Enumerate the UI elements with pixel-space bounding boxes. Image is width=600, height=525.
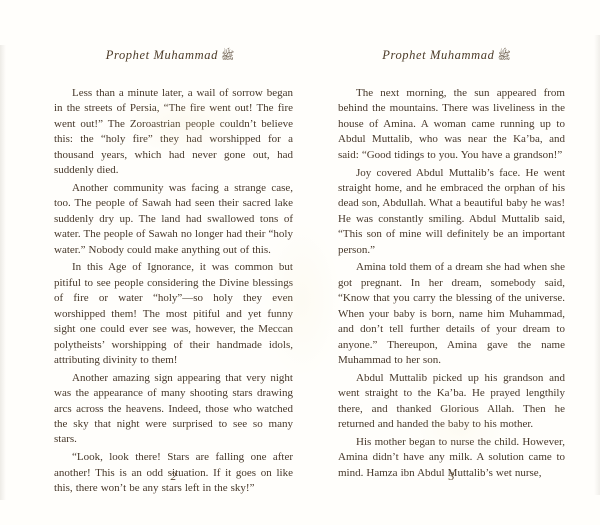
book-spread: Prophet Muhammadﷺ Less than a minute lat… <box>0 0 600 525</box>
paragraph: Another community was facing a strange c… <box>54 181 293 258</box>
paragraph: The next morning, the sun appeared from … <box>338 86 565 163</box>
paragraph: Abdul Muttalib picked up his grandson an… <box>338 371 565 433</box>
running-header: Prophet Muhammadﷺ <box>300 48 600 65</box>
page-text-right: The next morning, the sun appeared from … <box>338 86 565 481</box>
paragraph: Another amazing sign appearing that very… <box>54 371 293 448</box>
running-header-title: Prophet Muhammad <box>382 48 494 62</box>
book-page-left: Prophet Muhammadﷺ Less than a minute lat… <box>0 0 300 525</box>
paragraph: In this Age of Ignorance, it was common … <box>54 260 293 368</box>
running-header: Prophet Muhammadﷺ <box>0 48 300 65</box>
paragraph: Less than a minute later, a wail of sorr… <box>54 86 293 178</box>
page-text-left: Less than a minute later, a wail of sorr… <box>54 86 293 497</box>
book-page-right: Prophet Muhammadﷺ The next morning, the … <box>300 0 600 525</box>
paragraph: Amina told them of a dream she had when … <box>338 260 565 368</box>
paragraph: Joy covered Abdul Muttalib’s face. He we… <box>338 166 565 258</box>
page-number-left: 2 <box>54 471 293 483</box>
book-scan: Prophet Muhammadﷺ Less than a minute lat… <box>0 0 600 525</box>
running-header-title: Prophet Muhammad <box>106 48 218 62</box>
page-number-right: 3 <box>338 471 565 483</box>
pbuh-calligraphy-icon: ﷺ <box>221 49 234 62</box>
pbuh-calligraphy-icon: ﷺ <box>497 49 510 62</box>
